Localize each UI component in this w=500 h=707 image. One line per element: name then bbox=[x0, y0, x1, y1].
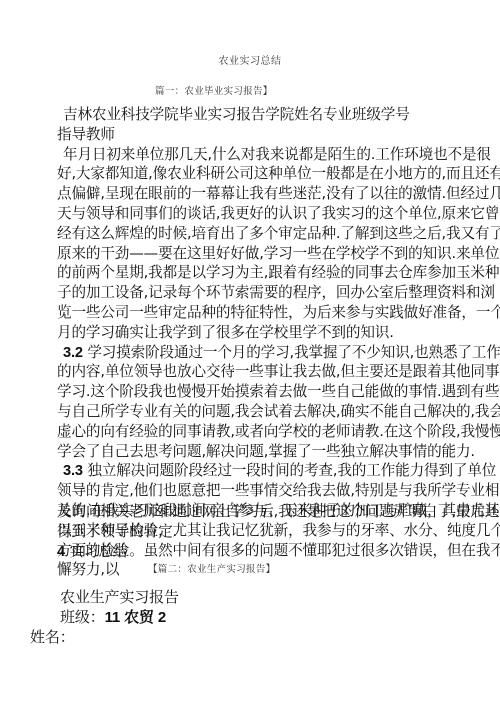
report-header-line: 吉林农业科技学院毕业实习报告学院姓名专业班级学号 bbox=[57, 105, 437, 125]
paragraph-line: 好,大家都知道,像农业科研公司这种单位一般都是在小地方的,而且还有 bbox=[57, 164, 437, 184]
section-tag-1: 篇一：农业毕业实习报告】 bbox=[155, 83, 273, 97]
paragraph-line: 学会了自己去思考问题,解决问题,掌握了一些独立解决事情的能力. bbox=[57, 442, 437, 462]
paragraph-line: 领导的肯定,他们也愿意把一些事情交给我去做,特别是与我所学专业相 bbox=[57, 481, 437, 501]
report-header-line: 指导教师 bbox=[57, 125, 437, 145]
paragraph-line: 月的学习确实让我学到了很多在学校里学不到的知识. bbox=[57, 323, 437, 343]
section-heading-text: 独立解决问题阶段经过一段时间的考查,我的工作能力得到了单位 bbox=[83, 462, 496, 479]
class-label: 班级： bbox=[60, 608, 105, 626]
class-value: 11 农贸 2 bbox=[105, 609, 167, 626]
section-heading-text: 实习总结 bbox=[65, 543, 127, 560]
section-number: 4 bbox=[57, 544, 65, 560]
paragraph-line: 年月日初来单位那几天,什么对我来说都是陌生的.工作环境也不是很 bbox=[57, 145, 437, 165]
report-2-class-line: 班级：11 农贸 2 bbox=[54, 607, 434, 627]
report-1-continuation: 及询问相关老师和通过网上学习后,我还是把这个问题弄明白了,最后还 得到了领导的肯… bbox=[57, 502, 437, 561]
paragraph-line: 览一些公司一些审定品种的特征特性，为后来参与实践做好准备，一个 bbox=[57, 303, 437, 323]
paragraph-line: 原来的干劲——要在这里好好做,学习一些在学校学不到的知识.来单位 bbox=[57, 244, 437, 264]
section-heading-text: 学习摸索阶段通过一个月的学习,我掌握了不少知识,也熟悉了工作 bbox=[83, 344, 500, 361]
section-number: 3.2 bbox=[63, 345, 83, 361]
paragraph-line: 的前两个星期,我都是以学习为主,跟着有经验的同事去仓库参加玉米种 bbox=[57, 263, 437, 283]
report-2-title: 农业生产实习报告 bbox=[54, 587, 434, 607]
paragraph-line: 经有这么辉煌的时候,培育出了多个审定品种.了解到这些之后,我又有了 bbox=[57, 224, 437, 244]
section-3-2-first-line: 3.2 学习摸索阶段通过一个月的学习,我掌握了不少知识,也熟悉了工作 bbox=[57, 343, 437, 363]
paragraph-line: 及询问相关老师和通过网上学习后,我还是把这个问题弄明白了,最后还 bbox=[57, 502, 437, 522]
section-4-heading: 4 实习总结 bbox=[57, 542, 437, 562]
section-tag-2: 【篇二：农业生产实习报告】 bbox=[148, 561, 275, 575]
paragraph-line: 与自己所学专业有关的问题,我会试着去解决,确实不能自己解决的,我会 bbox=[57, 402, 437, 422]
paragraph-line: 虚心的向有经验的同事请教,或者向学校的老师请教.在这个阶段,我慢慢 bbox=[57, 422, 437, 442]
section-number: 3.3 bbox=[63, 463, 83, 479]
document-title: 农业实习总结 bbox=[0, 52, 500, 67]
paragraph-line: 的内容,单位领导也放心交待一些事让我去做,但主要还是跟着其他同事 bbox=[57, 362, 437, 382]
report-2-header: 农业生产实习报告 班级：11 农贸 2 姓名： bbox=[54, 587, 434, 647]
report-2-name-label: 姓名： bbox=[30, 627, 434, 647]
paragraph-line: 子的加工设备,记录每个环节索需要的程序，回办公室后整理资料和浏 bbox=[57, 283, 437, 303]
paragraph-line: 天与领导和同事们的谈话,我更好的认识了我实习的这个单位,原来它曾 bbox=[57, 204, 437, 224]
paragraph-line: 点偏僻,呈现在眼前的一幕幕让我有些迷茫,没有了以往的激情.但经过几 bbox=[57, 184, 437, 204]
paragraph-line: 学习.这个阶段我也慢慢开始摸索着去做一些自己能做的事情.遇到有些 bbox=[57, 382, 437, 402]
paragraph-line: 得到了领导的肯定. bbox=[57, 522, 437, 542]
section-3-3-first-line: 3.3 独立解决问题阶段经过一段时间的考查,我的工作能力得到了单位 bbox=[57, 461, 437, 481]
